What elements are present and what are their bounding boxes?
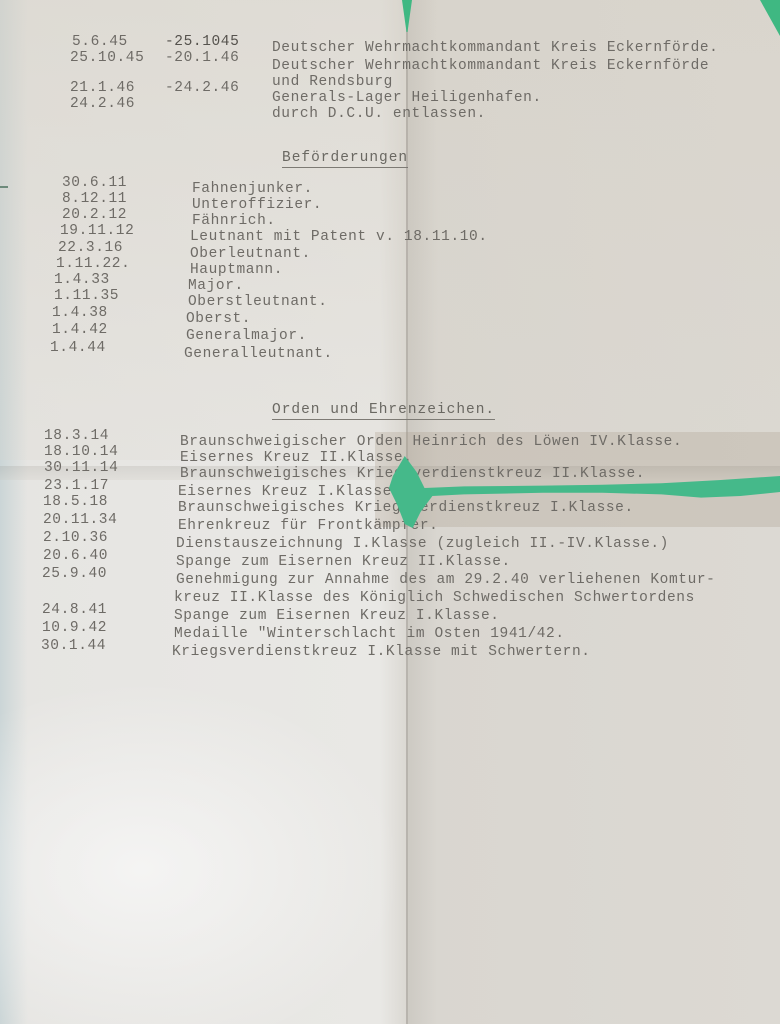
- decoration-row: 20.11.34Ehrenkreuz für Frontkämpfer.: [0, 512, 780, 528]
- decoration-name: Kriegsverdienstkreuz I.Klasse mit Schwer…: [172, 644, 591, 660]
- promotion-date: 20.2.12: [62, 207, 127, 223]
- promotion-row: 20.2.12Fähnrich.: [0, 207, 780, 223]
- promotion-rank: Generalleutnant.: [184, 346, 333, 362]
- decoration-row: 10.9.42Medaille "Winterschlacht im Osten…: [0, 620, 780, 636]
- decoration-row: kreuz II.Klasse des Königlich Schwedisch…: [0, 584, 780, 600]
- promotion-row: 1.4.44Generalleutnant.: [0, 340, 780, 356]
- decoration-row: 18.10.14Eisernes Kreuz II.Klasse.: [0, 444, 780, 460]
- decoration-date: 30.1.44: [41, 638, 106, 654]
- paper-light-reflection: [0, 680, 405, 1024]
- promotion-date: 19.11.12: [60, 223, 134, 239]
- promotion-date: 1.11.22.: [56, 256, 130, 272]
- service-to-date: -20.1.46: [165, 50, 239, 66]
- service-to-date: -25.1045: [165, 34, 239, 50]
- promotion-date: 8.12.11: [62, 191, 127, 207]
- decoration-row: 25.9.40Genehmigung zur Annahme des am 29…: [0, 566, 780, 582]
- service-row: 24.2.46 durch D.C.U. entlassen.: [0, 96, 780, 112]
- decoration-row: 24.8.41Spange zum Eisernen Kreuz I.Klass…: [0, 602, 780, 618]
- decorations-heading: Orden und Ehrenzeichen.: [272, 402, 495, 420]
- promotion-date: 1.11.35: [54, 288, 119, 304]
- promotions-heading: Beförderungen: [282, 150, 408, 168]
- decoration-date: 30.11.14: [44, 460, 118, 476]
- promotion-row: 22.3.16Oberleutnant.: [0, 240, 780, 256]
- promotion-date: 1.4.42: [52, 322, 108, 338]
- promotion-row: 1.11.35Oberstleutnant.: [0, 288, 780, 304]
- service-from-date: 5.6.45: [72, 34, 128, 50]
- promotion-date: 30.6.11: [62, 175, 127, 191]
- promotion-row: 8.12.11Unteroffizier.: [0, 191, 780, 207]
- promotion-date: 1.4.38: [52, 305, 108, 321]
- service-from-date: 24.2.46: [70, 96, 135, 112]
- decoration-row: 18.5.18Braunschweigisches Kriegsverdiens…: [0, 494, 780, 510]
- promotion-date: 22.3.16: [58, 240, 123, 256]
- decoration-date: 20.11.34: [43, 512, 117, 528]
- decoration-date: 18.5.18: [43, 494, 108, 510]
- promotion-date: 1.4.44: [50, 340, 106, 356]
- decoration-row: 30.11.14Braunschweigisches Kriegsverdien…: [0, 460, 780, 476]
- decoration-date: 18.3.14: [44, 428, 109, 444]
- service-from-date: 25.10.45: [70, 50, 144, 66]
- service-from-date: 21.1.46: [70, 80, 135, 96]
- promotion-row: 1.4.42Generalmajor.: [0, 322, 780, 338]
- promotion-row: 1.11.22.Hauptmann.: [0, 256, 780, 272]
- promotion-row: 1.4.38Oberst.: [0, 305, 780, 321]
- decoration-date: 23.1.17: [44, 478, 109, 494]
- decoration-date: 10.9.42: [42, 620, 107, 636]
- decoration-date: 24.8.41: [42, 602, 107, 618]
- promotion-row: 19.11.12Leutnant mit Patent v. 18.11.10.: [0, 223, 780, 239]
- service-row: 25.10.45 -20.1.46 Deutscher Wehrmachtkom…: [0, 50, 780, 66]
- decoration-date: 25.9.40: [42, 566, 107, 582]
- decoration-date: 20.6.40: [43, 548, 108, 564]
- promotion-row: 1.4.33Major.: [0, 272, 780, 288]
- service-row: 5.6.45 -25.1045 Deutscher Wehrmachtkomma…: [0, 34, 780, 50]
- decoration-row: 20.6.40Spange zum Eisernen Kreuz II.Klas…: [0, 548, 780, 564]
- decoration-row: 30.1.44Kriegsverdienstkreuz I.Klasse mit…: [0, 638, 780, 654]
- decoration-row: 18.3.14Braunschweigischer Orden Heinrich…: [0, 428, 780, 444]
- promotion-row: 30.6.11Fahnenjunker.: [0, 175, 780, 191]
- service-to-date: -24.2.46: [165, 80, 239, 96]
- promotion-date: 1.4.33: [54, 272, 110, 288]
- service-row: 21.1.46 -24.2.46 Generals-Lager Heiligen…: [0, 80, 780, 96]
- service-text: durch D.C.U. entlassen.: [272, 106, 486, 122]
- decoration-date: 18.10.14: [44, 444, 118, 460]
- decoration-date: 2.10.36: [43, 530, 108, 546]
- decoration-row: 2.10.36Dienstauszeichnung I.Klasse (zugl…: [0, 530, 780, 546]
